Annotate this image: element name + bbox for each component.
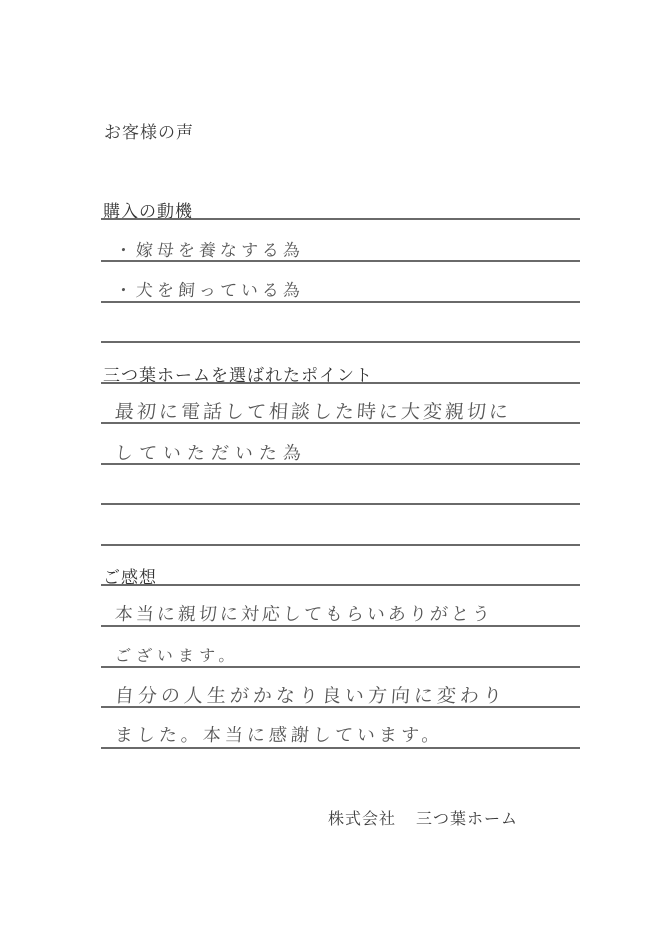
ruled-line [101,301,580,303]
ruled-line [101,625,580,627]
ruled-line [101,341,580,343]
handwritten-answer-line: 最初に電話して相談した時に大変親切に [114,397,512,424]
ruled-line [101,584,580,586]
ruled-line [101,463,580,465]
ruled-line [101,503,580,505]
handwritten-answer-line: ました。本当に感謝しています。 [114,721,444,747]
ruled-line [101,422,580,424]
document-title: お客様の声 [104,118,194,143]
handwritten-answer-line: していただいた為 [114,439,308,465]
company-signature: 株式会社三つ葉ホーム [328,806,518,829]
ruled-line [101,382,580,384]
ruled-line [101,218,580,220]
handwritten-answer-line: ・嫁母を養なする為 [114,236,305,261]
ruled-line [101,544,580,546]
company-type: 株式会社 [328,809,396,828]
ruled-line [101,747,580,749]
ruled-line [101,260,580,262]
handwritten-answer-line: 自分の人生がかなり良い方向に変わり [114,681,507,708]
ruled-line [101,706,580,708]
company-name: 三つ葉ホーム [416,809,518,828]
handwritten-answer-line: 本当に親切に対応してもらいありがとう [114,600,494,626]
handwritten-answer-line: ・犬を飼っている為 [114,276,305,301]
ruled-line [101,666,580,668]
handwritten-answer-line: ございます。 [114,643,240,666]
